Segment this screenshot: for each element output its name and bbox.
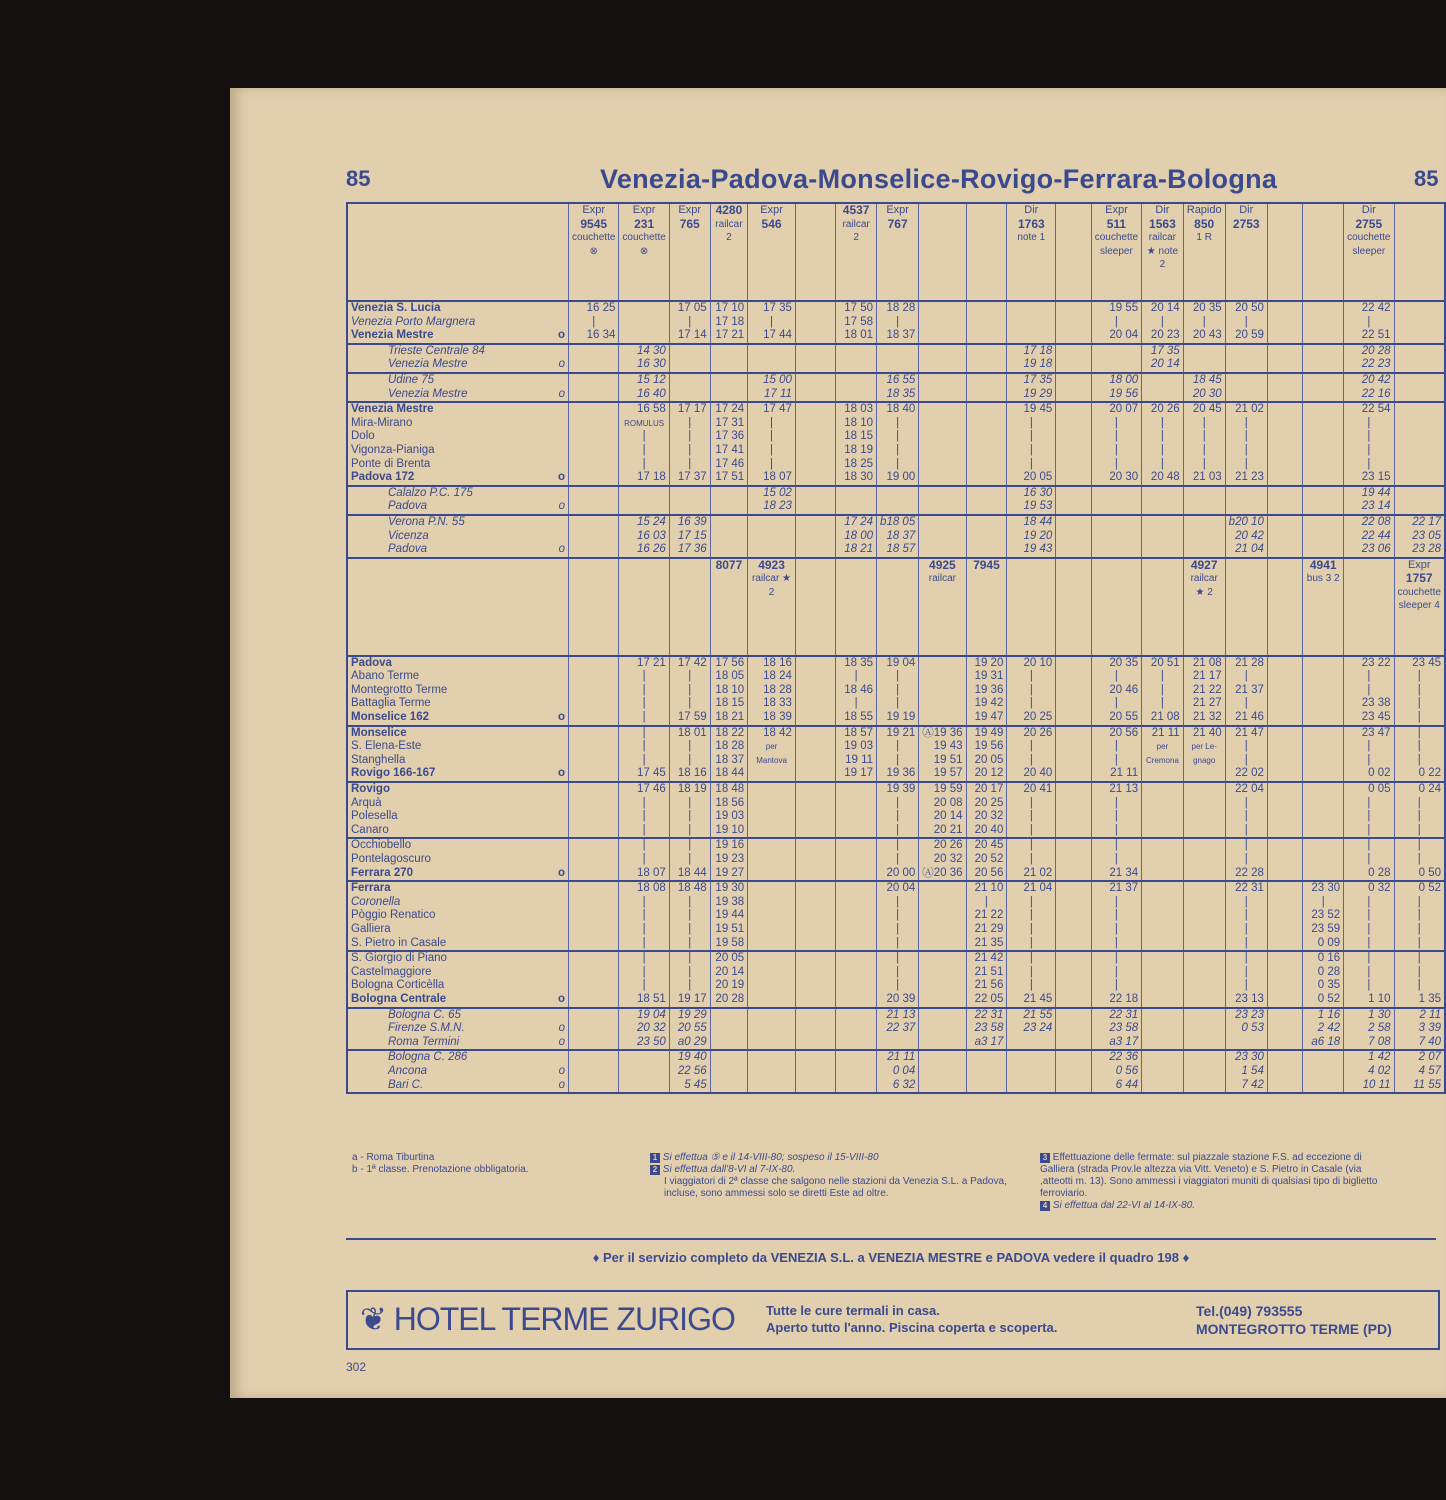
time-cell: 20 25 [1007,711,1056,726]
time-cell [569,530,619,544]
time-cell [710,344,748,359]
time-cell [569,711,619,726]
time-cell: 2 07 [1394,1050,1445,1065]
time-cell: | [619,458,669,472]
time-cell: 21 56 [966,979,1007,993]
time-cell: | [1394,853,1445,867]
time-cell [1303,329,1344,344]
time-cell: 18 28 [877,301,919,316]
time-cell [1142,530,1184,544]
time-cell [1303,656,1344,671]
time-cell: 17 47 [748,402,796,417]
time-cell: 18 19 [836,444,877,458]
time-cell [919,358,966,373]
table-row: Ferrara18 0818 4819 3020 0421 1021 0421 … [347,881,1445,896]
time-cell [1056,358,1091,373]
train-column-header: Dir2755couchette sleeper [1344,203,1394,301]
table-row: Arquà||18 56|20 0820 25||||| [347,797,1445,811]
time-cell [1142,782,1184,797]
time-cell: 15 00 [748,373,796,388]
time-cell [1183,853,1225,867]
station-name: Rovigo 166-167o [347,767,569,782]
time-cell [1183,358,1225,373]
station-name: Anconao [347,1065,569,1079]
time-cell: | [669,430,710,444]
time-cell: 20 30 [1091,471,1141,486]
time-cell [1267,853,1302,867]
time-cell: | [619,937,669,952]
time-cell [1303,684,1344,698]
time-cell: | [1007,444,1056,458]
time-cell: 17 17 [669,402,710,417]
train-column-header: Expr231couchette ⊗ [619,203,669,301]
time-cell [1303,316,1344,330]
time-cell: 22 17 [1394,515,1445,530]
time-cell [795,754,835,768]
time-cell [795,711,835,726]
time-cell [1267,767,1302,782]
time-cell: | [1394,979,1445,993]
time-cell: 17 18 [710,316,748,330]
time-cell [710,373,748,388]
time-cell: 18 10 [710,684,748,698]
time-cell [836,881,877,896]
table-row: Ferrara 270o18 0718 4419 2720 00Ⓐ20 3620… [347,867,1445,882]
time-cell [1056,979,1091,993]
time-cell [1303,1065,1344,1079]
time-cell [795,430,835,444]
time-cell [1091,530,1141,544]
time-cell [748,543,796,558]
time-cell [669,486,710,501]
time-cell [795,388,835,403]
train-column-header [619,558,669,656]
time-cell [1142,896,1184,910]
time-cell [1303,824,1344,839]
time-cell [919,937,966,952]
time-cell: | [1394,810,1445,824]
time-cell [1056,881,1091,896]
time-cell: 20 19 [710,979,748,993]
time-cell: 21 08 [1183,656,1225,671]
time-cell: 16 30 [1007,486,1056,501]
time-cell [836,1036,877,1051]
time-cell: | [1344,853,1394,867]
train-icons: railcar ★ 2 [751,572,792,599]
time-cell: | [669,966,710,980]
time-cell: | [877,824,919,839]
time-cell [569,373,619,388]
time-cell: 19 45 [1007,402,1056,417]
time-cell [669,358,710,373]
station-name: Udine 75 [347,373,569,388]
time-cell [1056,656,1091,671]
time-cell: | [877,951,919,966]
time-cell: 20 28 [1344,344,1394,359]
time-cell: | [836,670,877,684]
time-cell: 23 30 [1303,881,1344,896]
time-cell: 18 37 [710,754,748,768]
time-cell [1267,344,1302,359]
time-cell: 20 14 [710,966,748,980]
time-cell [877,1036,919,1051]
time-cell [710,388,748,403]
station-name: Bologna C. 65 [347,1008,569,1023]
time-cell [1091,500,1141,515]
time-cell: a0 29 [669,1036,710,1051]
time-cell [919,1022,966,1036]
time-cell: 4 57 [1394,1065,1445,1079]
time-cell [1267,810,1302,824]
time-cell [966,430,1007,444]
time-cell: | [1091,444,1141,458]
time-cell [569,388,619,403]
time-cell: | [1344,670,1394,684]
time-cell [569,993,619,1008]
time-cell: | [877,444,919,458]
time-cell: 17 31 [710,417,748,431]
time-cell: 17 05 [669,301,710,316]
time-cell: 18 25 [836,458,877,472]
time-cell: 18 44 [710,767,748,782]
time-cell: 18 55 [836,711,877,726]
time-cell [919,697,966,711]
time-cell [569,797,619,811]
time-cell [919,486,966,501]
time-cell [1183,1022,1225,1036]
time-cell [1267,1065,1302,1079]
time-cell: | [1091,951,1141,966]
time-cell [1183,515,1225,530]
time-cell [569,726,619,741]
time-cell: 16 03 [619,530,669,544]
time-cell: 21 40 [1183,726,1225,741]
train-icons: couchette sleeper [1347,231,1390,258]
time-cell: 23 47 [1344,726,1394,741]
station-name: Padovao [347,543,569,558]
time-cell: | [1091,754,1141,768]
time-cell [919,711,966,726]
time-cell: 16 58 [619,402,669,417]
time-cell [748,966,796,980]
time-cell [1007,1036,1056,1051]
time-cell [795,656,835,671]
time-cell [1267,966,1302,980]
time-cell [1267,301,1302,316]
time-cell: | [1225,937,1267,952]
time-cell [748,979,796,993]
time-cell: | [1007,797,1056,811]
time-cell [748,515,796,530]
station-name: Battaglia Terme [347,697,569,711]
divider [346,1238,1436,1240]
connection-marker: o [559,1079,565,1093]
time-cell [1267,937,1302,952]
time-cell [1056,500,1091,515]
time-cell: | [1303,896,1344,910]
time-cell: 18 48 [669,881,710,896]
time-cell: | [619,824,669,839]
time-cell: 23 05 [1394,530,1445,544]
time-cell: 1 54 [1225,1065,1267,1079]
time-cell [795,951,835,966]
time-cell [1142,373,1184,388]
time-cell [1267,740,1302,754]
time-cell [795,896,835,910]
time-cell: 19 10 [710,824,748,839]
time-cell: | [1007,417,1056,431]
train-column-header [877,558,919,656]
time-cell: 18 10 [836,417,877,431]
time-cell [795,417,835,431]
time-cell [710,1050,748,1065]
time-cell: | [1394,896,1445,910]
time-cell [569,444,619,458]
time-cell: 18 28 [748,684,796,698]
time-cell [1303,697,1344,711]
time-cell [795,824,835,839]
time-cell [836,1050,877,1065]
time-cell: 17 37 [669,471,710,486]
time-cell: | [1225,979,1267,993]
time-cell [919,1065,966,1079]
time-cell: 20 40 [1007,767,1056,782]
time-cell [795,344,835,359]
time-cell: | [877,417,919,431]
note-3: 3 Effettuazione delle fermate: sul piazz… [1040,1152,1380,1200]
time-cell: | [619,909,669,923]
time-cell: | [877,979,919,993]
time-cell [1056,867,1091,882]
time-cell [1183,993,1225,1008]
time-cell [748,923,796,937]
time-cell: 20 56 [966,867,1007,882]
station-name: Pontelagoscuro [347,853,569,867]
time-cell [795,867,835,882]
time-cell: 22 51 [1344,329,1394,344]
train-column-header: Expr9545couchette ⊗ [569,203,619,301]
time-cell: | [669,951,710,966]
time-cell [1056,740,1091,754]
time-cell: 21 46 [1225,711,1267,726]
time-cell: 20 08 [919,797,966,811]
train-column-header: 4280railcar 2 [710,203,748,301]
time-cell [748,1079,796,1094]
time-cell: 22 31 [1225,881,1267,896]
time-cell [569,1036,619,1051]
time-cell [748,951,796,966]
time-cell [619,1065,669,1079]
time-cell [1394,458,1445,472]
time-cell [919,951,966,966]
time-cell: | [1225,670,1267,684]
table-row: Abano Terme||18 0518 24||19 31|||21 17||… [347,670,1445,684]
time-cell: 19 40 [669,1050,710,1065]
time-cell: | [1394,670,1445,684]
header-blank [347,203,569,301]
time-cell: | [669,754,710,768]
table-row: Pòggio Renatico||19 44|21 22|||23 52|| [347,909,1445,923]
time-cell [1183,810,1225,824]
time-cell [1056,1050,1091,1065]
table-row: Monselice|18 0118 2218 4218 5719 21Ⓐ19 3… [347,726,1445,741]
time-cell: | [1091,937,1141,952]
time-cell [1091,358,1141,373]
time-cell [748,1022,796,1036]
time-cell: | [619,684,669,698]
connection-marker: o [558,993,565,1007]
time-cell: 23 58 [966,1022,1007,1036]
time-cell: 19 31 [966,670,1007,684]
connection-marker: o [558,711,565,725]
time-cell [966,515,1007,530]
time-cell [1267,430,1302,444]
time-cell: 19 00 [877,471,919,486]
time-cell [1267,402,1302,417]
time-cell [795,402,835,417]
train-column-header [1225,558,1267,656]
time-cell: 23 58 [1091,1022,1141,1036]
train-column-header: Expr546 [748,203,796,301]
time-cell [966,444,1007,458]
time-cell: 19 17 [669,993,710,1008]
time-cell: 22 42 [1344,301,1394,316]
time-cell [919,923,966,937]
time-cell [836,373,877,388]
time-cell: 18 16 [669,767,710,782]
time-cell [966,543,1007,558]
connection-marker: o [558,329,565,343]
time-cell [748,881,796,896]
service-note: ♦ Per il servizio completo da VENEZIA S.… [346,1250,1436,1265]
time-cell [1056,417,1091,431]
time-cell: 19 51 [919,754,966,768]
time-cell: 17 21 [619,656,669,671]
station-name: Firenze S.M.N.o [347,1022,569,1036]
time-cell: | [1344,838,1394,853]
time-cell [836,1008,877,1023]
table-row: Battaglia Terme||18 1518 33||19 42|||21 … [347,697,1445,711]
time-cell: 20 32 [966,810,1007,824]
time-cell: 20 05 [966,754,1007,768]
table-row: Venezia Porto Margnera||17 18|17 58|||||… [347,316,1445,330]
time-cell [1142,824,1184,839]
time-cell: | [619,726,669,741]
time-cell [1142,937,1184,952]
time-cell [1142,867,1184,882]
time-cell: 20 10 [1007,656,1056,671]
time-cell [836,1022,877,1036]
time-cell [966,358,1007,373]
time-cell: 2 58 [1344,1022,1394,1036]
time-cell: 18 39 [748,711,796,726]
time-cell [1056,754,1091,768]
time-cell: | [619,697,669,711]
time-cell: 18 03 [836,402,877,417]
table-row: Monselice 162o|17 5918 2118 3918 5519 19… [347,711,1445,726]
time-cell: 4 02 [1344,1065,1394,1079]
time-cell [1267,867,1302,882]
time-cell [569,1065,619,1079]
time-cell: 22 02 [1225,767,1267,782]
time-cell: 18 56 [710,797,748,811]
time-cell [795,543,835,558]
train-column-header [1394,203,1445,301]
table-row: Galliera||19 51|21 29|||23 59|| [347,923,1445,937]
time-cell [1267,909,1302,923]
time-cell [795,500,835,515]
time-cell [619,1079,669,1094]
time-cell: 22 23 [1344,358,1394,373]
time-cell: | [1344,316,1394,330]
time-cell: 18 15 [836,430,877,444]
time-cell [836,979,877,993]
time-cell: 18 44 [669,867,710,882]
time-cell [1267,896,1302,910]
time-cell: | [1007,810,1056,824]
time-cell [1267,1079,1302,1094]
time-cell: 21 10 [966,881,1007,896]
time-cell: | [748,316,796,330]
time-cell [1267,417,1302,431]
time-cell: 21 04 [1225,543,1267,558]
time-cell [795,1050,835,1065]
time-cell: 20 59 [1225,329,1267,344]
time-cell: 0 50 [1394,867,1445,882]
time-cell: 20 50 [1225,301,1267,316]
time-cell: | [1225,909,1267,923]
table-row: Venezia Mestre16 5817 1717 2417 4718 031… [347,402,1445,417]
time-cell: 23 38 [1344,697,1394,711]
time-cell [1267,373,1302,388]
connection-marker: o [558,471,565,485]
time-cell: | [1183,417,1225,431]
time-cell [569,670,619,684]
time-cell [569,1008,619,1023]
time-cell [1303,670,1344,684]
time-cell: | [1091,740,1141,754]
time-cell: Cremona [1142,754,1184,768]
time-cell: | [1394,740,1445,754]
time-cell [919,909,966,923]
connection-marker: o [559,500,565,514]
time-cell [1267,358,1302,373]
time-cell [836,937,877,952]
time-cell [1267,979,1302,993]
time-cell: 19 20 [1007,530,1056,544]
time-cell [795,838,835,853]
time-cell: 15 12 [619,373,669,388]
time-cell: | [1225,444,1267,458]
time-cell [795,329,835,344]
time-cell: | [669,824,710,839]
time-cell [1056,344,1091,359]
time-cell: a3 17 [966,1036,1007,1051]
time-cell [710,1008,748,1023]
time-cell: | [1344,951,1394,966]
time-cell: | [569,316,619,330]
train-column-header: Dir1563railcar ★ note 2 [1142,203,1184,301]
time-cell [795,740,835,754]
train-column-header [1303,203,1344,301]
time-cell: 22 37 [877,1022,919,1036]
station-name: Padova [347,656,569,671]
time-cell: 23 13 [1225,993,1267,1008]
time-cell: 19 21 [877,726,919,741]
time-cell [710,1065,748,1079]
time-cell: 20 04 [877,881,919,896]
time-cell [569,358,619,373]
